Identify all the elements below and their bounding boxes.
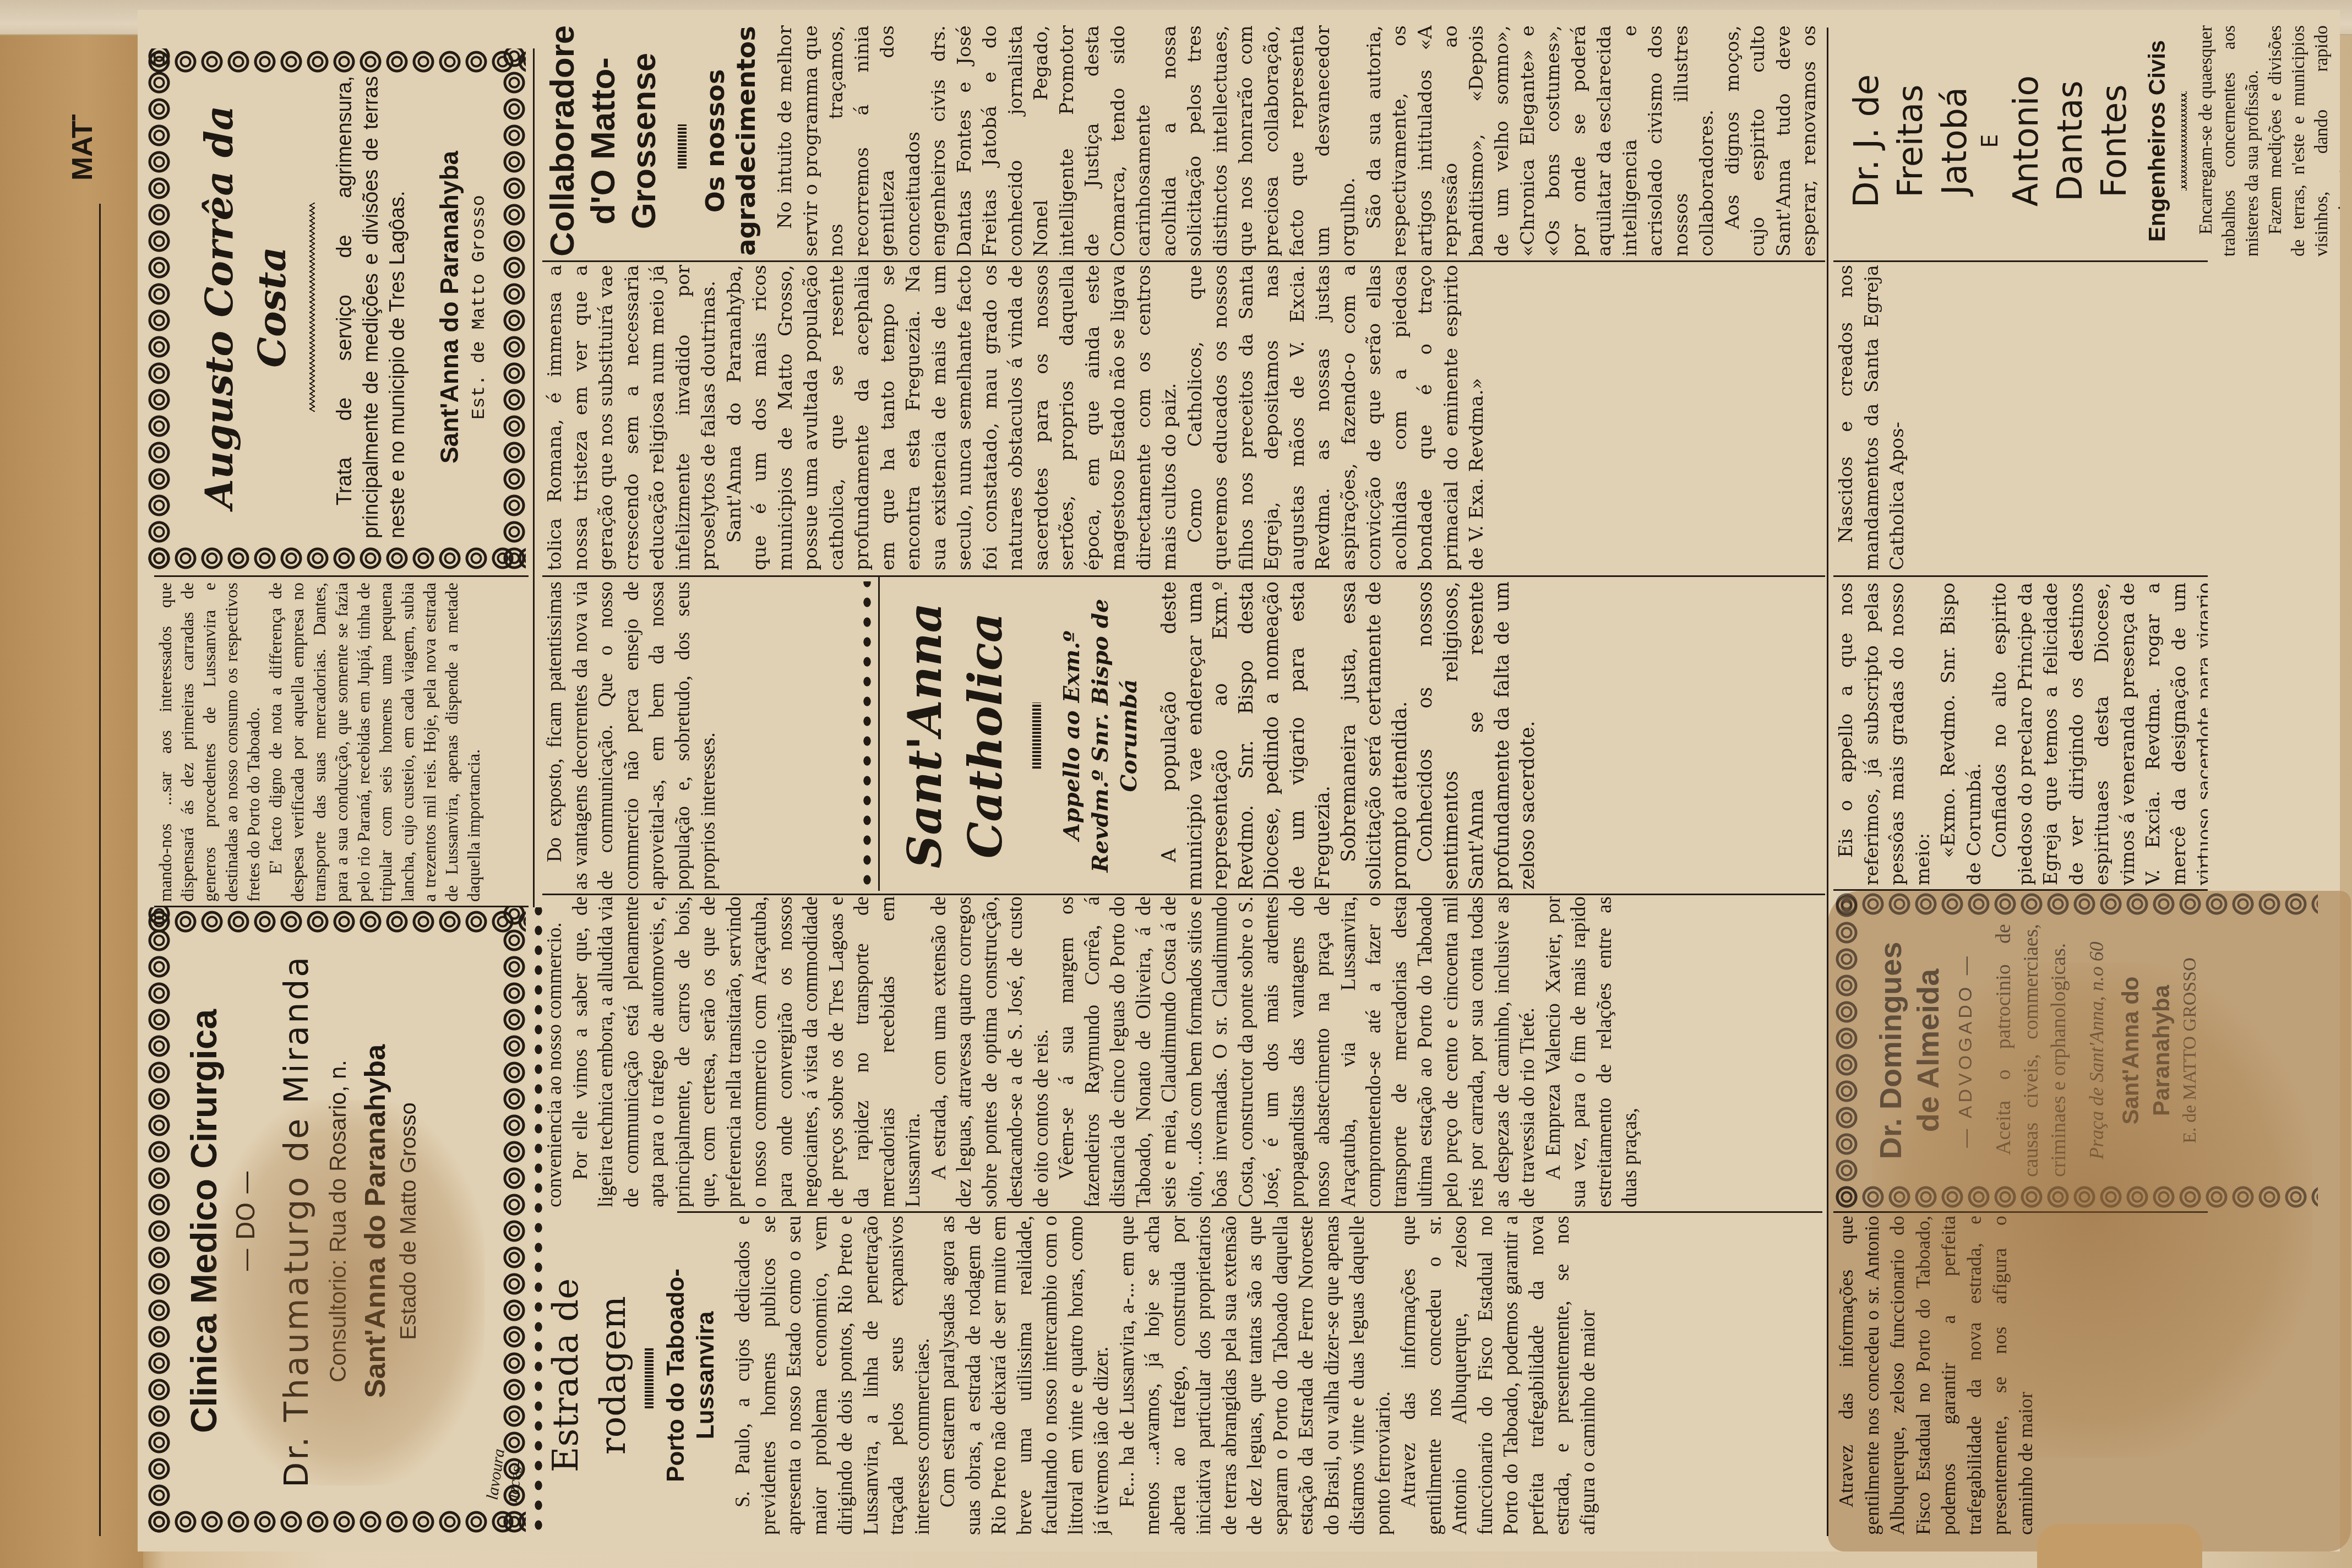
augusto-body: Trata de serviço de agrimensura, princip… (331, 76, 411, 538)
paragraph: S. Paulo, a cujos dedicados e previdente… (731, 1216, 935, 1535)
paragraph: Atravez das informações que gentilmente … (1396, 1216, 1601, 1535)
article-column: Nascidos e creados nos mandamentos da Sa… (1833, 265, 2208, 570)
augusto-place: Sant'Anna do Paranahyba (433, 76, 466, 538)
squiggle-divider (2181, 91, 2187, 190)
article-column: conveniencia ao nosso commercio. Por ell… (542, 896, 1825, 1207)
bars-divider (678, 124, 687, 168)
section-rule (878, 577, 880, 891)
paragraph: Aos dignos moços, cujo espirito culto Sa… (1720, 25, 1819, 257)
paragraph: No intuito de melhor servir o programma … (772, 25, 1362, 257)
paragraph: Sobremaneira justa, essa solicitação ser… (1336, 581, 1413, 890)
paragraph: Eis o appello a que nos referimos, já su… (1833, 582, 1936, 885)
column-rule (542, 894, 1825, 895)
paragraph: E' facto digno de nota a differença de d… (264, 582, 484, 902)
bars-divider (1032, 703, 1041, 769)
santanna-title: Sant'Anna Catholica (895, 581, 1016, 890)
paragraph: tolica Romana, é immensa a nossa tristez… (542, 265, 722, 570)
collab-subtitle: Os nossos agradecimentos (700, 25, 761, 257)
water-stain (209, 1100, 484, 1485)
water-stain (1872, 962, 2312, 1458)
collab-title: Collaboradores d'O Matto-Grossense (542, 25, 665, 257)
ornament-border (146, 908, 526, 935)
torn-edge (2037, 1524, 2202, 1568)
paragraph: Do exposto, ficam patentissimas as vanta… (542, 581, 722, 890)
paragraph: A estrada, com uma extensão de dez legua… (927, 896, 1055, 1207)
ornament-border (146, 545, 526, 571)
jatoba-name-1: Dr. J. de Freitas Jatobá (1844, 25, 1977, 257)
column-rule (1833, 260, 2208, 262)
ornament-border (146, 48, 526, 75)
paragraph: A população deste municipio vae endereça… (1157, 581, 1336, 890)
paragraph: mando-nos ...sar aos interessados que di… (154, 582, 264, 902)
paragraph: Sant'Anna do Paranahyba, que é um dos ma… (722, 265, 1183, 570)
section-rule (533, 48, 535, 907)
column-rule (154, 575, 529, 577)
paragraph: Conhecidos os nossos sentimentos religio… (1413, 581, 1541, 890)
article-column: mando-nos ...sar aos interessados que di… (154, 582, 529, 902)
santanna-subtitle: Appello ao Exm.º Revdm.º Snr. Bispo de C… (1058, 581, 1144, 890)
paragraph: São da sua autoria, respectivamente, os … (1362, 25, 1720, 257)
jatoba-role: Engenheiros Civis (2141, 25, 2174, 257)
jatoba-amp: E (1977, 25, 2004, 257)
jatoba-name-2: Antonio Dantas Fontes (2004, 25, 2136, 257)
dotted-rule (862, 581, 873, 890)
paragraph: Nascidos e creados nos mandamentos da Sa… (1833, 265, 1910, 570)
augusto-ad: Augusto Corrêa da Costa Trata de serviço… (176, 76, 496, 538)
paragraph: Como Catholicos, que queremos educados o… (1183, 265, 1490, 570)
ornament-border (501, 48, 527, 571)
column-rule (542, 575, 1825, 577)
paragraph: «Exmo. Revdmo. Snr. Bispo de Corumbá. (1936, 582, 1987, 885)
article-collab: Collaboradores d'O Matto-Grossense Os no… (542, 25, 1825, 257)
article-estrada: Estrada de rodagem Porto do Taboado-Luss… (542, 1216, 1825, 1535)
paragraph: A Empreza Valencio Xavier, por sua vez, … (1541, 896, 1643, 1207)
column-rule (154, 906, 529, 907)
paragraph: Com estarem paralysadas agora as suas ob… (935, 1216, 1115, 1535)
column-rule (1833, 575, 2208, 577)
column-rule (677, 1211, 1822, 1213)
ornament-border (146, 1509, 526, 1535)
estrada-title: Estrada de rodagem (542, 1216, 637, 1535)
augusto-state: Est. de Matto Grosso (466, 76, 493, 538)
article-column: tolica Romana, é immensa a nossa tristez… (542, 265, 1825, 570)
augusto-title: Augusto Corrêa da Costa (193, 76, 298, 538)
jatoba-body-2: Fazem medições e divisões de terras, n'e… (2264, 25, 2340, 257)
ornament-border (146, 48, 172, 571)
article-column: Do exposto, ficam patentissimas as vanta… (542, 581, 851, 890)
squiggle-divider (309, 203, 315, 412)
paragraph: Confiados no alto espirito piedoso do pr… (1987, 582, 2208, 885)
masthead-rule (99, 204, 101, 1536)
article-column: No intuito de melhor servir o programma … (772, 25, 1819, 257)
paragraph: Vêem-se á sua margem os fazendeiros Raym… (1054, 896, 1541, 1207)
column-rule (542, 260, 1825, 262)
ornament-border (146, 907, 172, 1535)
article-santanna: Sant'Anna Catholica Appello ao Exm.º Rev… (884, 581, 1825, 890)
paragraph: Por elle vimos a saber que, de ligeira t… (568, 896, 927, 1207)
paragraph: Fe... ha de Lussanvira, a-... em que men… (1115, 1216, 1397, 1535)
bars-divider (645, 1348, 654, 1408)
jatoba-body-1: Encarregam-se de quaesquer trabalhos con… (2195, 25, 2264, 257)
paragraph: conveniencia ao nosso commercio. (542, 896, 568, 1207)
article-column: A população deste municipio vae endereça… (1157, 581, 1825, 890)
article-column: S. Paulo, a cujos dedicados e previdente… (731, 1216, 1825, 1535)
estrada-subtitle: Porto do Taboado-Lussanvira (661, 1216, 721, 1535)
masthead-fragment: MATT (66, 115, 99, 181)
jatoba-ad: Dr. J. de Freitas Jatobá E Antonio Danta… (1833, 25, 2340, 257)
newspaper-page: MATT Clinica Medico Cirurgica — DO — Dr.… (0, 0, 2352, 1568)
article-column: Eis o appello a que nos referimos, já su… (1833, 582, 2208, 885)
